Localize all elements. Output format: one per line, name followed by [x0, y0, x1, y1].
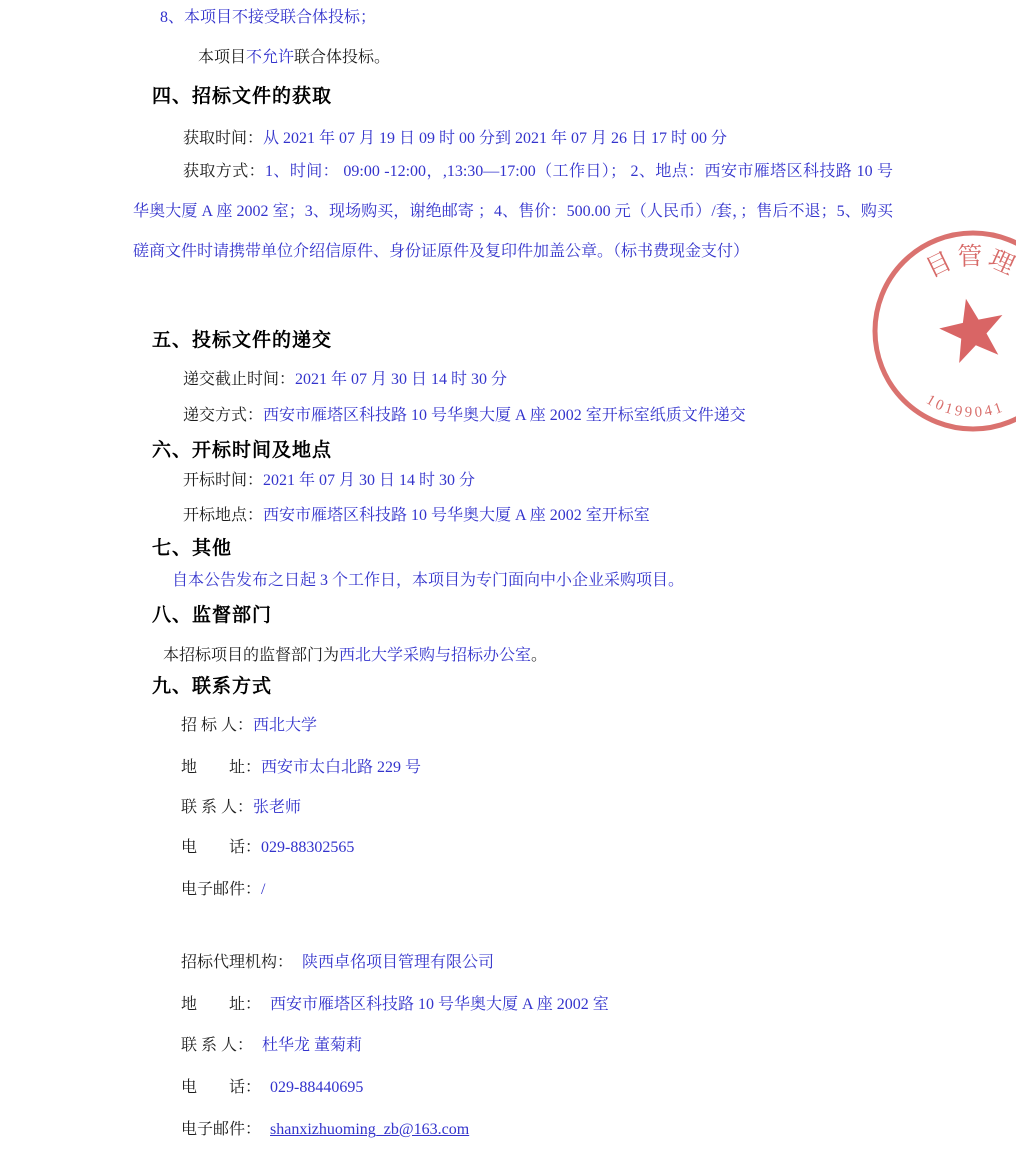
- section-eight-heading: 八、监督部门: [152, 605, 272, 627]
- agency-address-value: 西安市雁塔区科技路 10 号华奥大厦 A 座 2002 室: [270, 996, 609, 1013]
- agency-name-label: 招标代理机构：: [181, 954, 293, 971]
- obtain-time-value: 从 2021 年 07 月 19 日 09 时 00 分到 2021 年 07 …: [263, 130, 727, 147]
- obtain-time-row: 获取时间：从 2021 年 07 月 19 日 09 时 00 分到 2021 …: [183, 129, 727, 149]
- section-eight-body: 本招标项目的监督部门为西北大学采购与招标办公室。: [163, 646, 547, 666]
- note-prefix: 本项目: [198, 49, 246, 66]
- agency-email-label: 电子邮件：: [181, 1121, 261, 1138]
- joint-bid-note: 本项目不允许联合体投标。: [198, 48, 390, 68]
- tenderer-address-value: 西安市太白北路 229 号: [261, 759, 421, 776]
- section-six-heading: 六、开标时间及地点: [152, 440, 332, 462]
- agency-address-label: 地 址：: [181, 996, 261, 1013]
- agency-email-row: 电子邮件：shanxizhuoming_zb@163.com: [181, 1120, 469, 1140]
- supervision-suffix: 。: [531, 647, 547, 664]
- agency-contact-row: 联 系 人：杜华龙 董菊莉: [181, 1036, 362, 1056]
- seal-star: [934, 292, 1010, 366]
- obtain-method-label: 获取方式：: [183, 163, 265, 180]
- obtain-time-label: 获取时间：: [183, 130, 263, 147]
- obtain-method-paragraph: 获取方式：1、时间： 09:00 -12:00，,13:30—17:00（工作日…: [133, 152, 893, 272]
- submit-deadline-label: 递交截止时间：: [183, 371, 295, 388]
- note-suffix: 联合体投标。: [294, 49, 390, 66]
- svg-text:目管理有: 目管理有: [922, 242, 1016, 302]
- section-seven-heading: 七、其他: [152, 538, 232, 560]
- submit-method-label: 递交方式：: [183, 407, 263, 424]
- tenderer-email-label: 电子邮件：: [181, 881, 261, 898]
- tenderer-address-row: 地 址：西安市太白北路 229 号: [181, 758, 421, 778]
- open-place-value: 西安市雁塔区科技路 10 号华奥大厦 A 座 2002 室开标室: [263, 507, 650, 524]
- agency-name-value: 陕西卓佲项目管理有限公司: [302, 954, 494, 971]
- supervision-prefix: 本招标项目的监督部门为: [163, 647, 339, 664]
- tenderer-contact-row: 联 系 人：张老师: [181, 798, 301, 818]
- agency-phone-row: 电 话：029-88440695: [181, 1078, 363, 1098]
- agency-address-row: 地 址：西安市雁塔区科技路 10 号华奥大厦 A 座 2002 室: [181, 995, 609, 1015]
- seal-serial-number: 10199041: [923, 392, 1007, 421]
- tenderer-email-value: /: [261, 881, 265, 898]
- submit-deadline-value: 2021 年 07 月 30 日 14 时 30 分: [295, 371, 507, 388]
- tenderer-phone-label: 电 话：: [181, 839, 261, 856]
- agency-contact-value: 杜华龙 董菊莉: [262, 1037, 362, 1054]
- submit-deadline-row: 递交截止时间：2021 年 07 月 30 日 14 时 30 分: [183, 370, 507, 390]
- agency-email-link[interactable]: shanxizhuoming_zb@163.com: [270, 1121, 469, 1138]
- section-five-heading: 五、投标文件的递交: [152, 330, 332, 352]
- agency-phone-label: 电 话：: [181, 1079, 261, 1096]
- supervision-highlight: 西北大学采购与招标办公室: [339, 647, 531, 664]
- tenderer-phone-row: 电 话：029-88302565: [181, 838, 354, 858]
- note-highlight: 不允许: [246, 49, 294, 66]
- tenderer-contact-value: 张老师: [253, 799, 301, 816]
- tenderer-name-row: 招 标 人：西北大学: [181, 716, 317, 736]
- submit-method-row: 递交方式：西安市雁塔区科技路 10 号华奥大厦 A 座 2002 室开标室纸质文…: [183, 406, 746, 426]
- section-four-heading: 四、招标文件的获取: [152, 86, 332, 108]
- svg-text:10199041: 10199041: [923, 392, 1007, 421]
- tenderer-address-label: 地 址：: [181, 759, 261, 776]
- agency-phone-value: 029-88440695: [270, 1079, 363, 1096]
- agency-name-row: 招标代理机构：陕西卓佲项目管理有限公司: [181, 953, 494, 973]
- tenderer-name-value: 西北大学: [253, 717, 317, 734]
- agency-contact-label: 联 系 人：: [181, 1037, 253, 1054]
- submit-method-value: 西安市雁塔区科技路 10 号华奥大厦 A 座 2002 室开标室纸质文件递交: [263, 407, 746, 424]
- open-time-label: 开标时间：: [183, 472, 263, 489]
- tenderer-email-row: 电子邮件：/: [181, 880, 265, 900]
- seal-arc-text: 目管理有: [922, 242, 1016, 302]
- company-seal-stamp: 目管理有 10199041: [930, 222, 1016, 436]
- section-seven-body: 自本公告发布之日起 3 个工作日，本项目为专门面向中小企业采购项目。: [172, 571, 684, 591]
- open-time-value: 2021 年 07 月 30 日 14 时 30 分: [263, 472, 475, 489]
- clause-8-line: 8、本项目不接受联合体投标；: [160, 8, 376, 28]
- open-place-row: 开标地点：西安市雁塔区科技路 10 号华奥大厦 A 座 2002 室开标室: [183, 506, 650, 526]
- section-nine-heading: 九、联系方式: [152, 676, 272, 698]
- open-place-label: 开标地点：: [183, 507, 263, 524]
- open-time-row: 开标时间：2021 年 07 月 30 日 14 时 30 分: [183, 471, 475, 491]
- tenderer-phone-value: 029-88302565: [261, 839, 354, 856]
- tender-announcement-page: 8、本项目不接受联合体投标； 本项目不允许联合体投标。 四、招标文件的获取 获取…: [0, 0, 1016, 1149]
- tenderer-name-label: 招 标 人：: [181, 717, 253, 734]
- tenderer-contact-label: 联 系 人：: [181, 799, 253, 816]
